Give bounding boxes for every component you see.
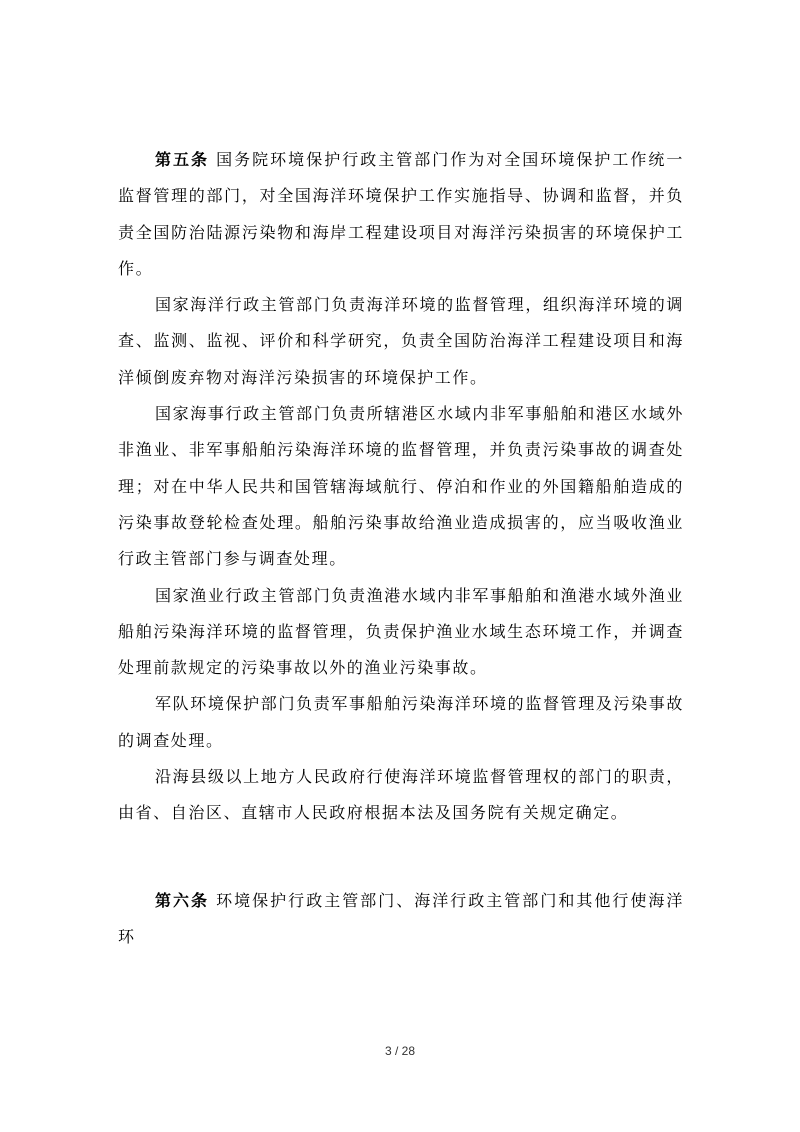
article-title: 第六条 bbox=[155, 891, 209, 910]
article-5-paragraph-4: 国家渔业行政主管部门负责渔港水域内非军事船舶和渔港水域外渔业船舶污染海洋环境的监… bbox=[118, 578, 684, 687]
paragraph-text: 国务院环境保护行政主管部门作为对全国环境保护工作统一监督管理的部门，对全国海洋环… bbox=[118, 150, 684, 278]
document-page: 第五条 国务院环境保护行政主管部门作为对全国环境保护工作统一监督管理的部门，对全… bbox=[0, 0, 800, 1132]
article-title: 第五条 bbox=[155, 150, 209, 169]
article-6-paragraph-1: 第六条 环境保护行政主管部门、海洋行政主管部门和其他行使海洋环 bbox=[118, 883, 684, 956]
article-5-paragraph-6: 沿海县级以上地方人民政府行使海洋环境监督管理权的部门的职责，由省、自治区、直辖市… bbox=[118, 759, 684, 832]
article-5-paragraph-5: 军队环境保护部门负责军事船舶污染海洋环境的监督管理及污染事故的调查处理。 bbox=[118, 686, 684, 759]
article-5-paragraph-2: 国家海洋行政主管部门负责海洋环境的监督管理，组织海洋环境的调查、监测、监视、评价… bbox=[118, 287, 684, 396]
page-indicator: 3 / 28 bbox=[0, 1044, 800, 1058]
article-5-paragraph-3: 国家海事行政主管部门负责所辖港区水域内非军事船舶和港区水域外非渔业、非军事船舶污… bbox=[118, 396, 684, 577]
article-spacer bbox=[118, 832, 684, 883]
page-content: 第五条 国务院环境保护行政主管部门作为对全国环境保护工作统一监督管理的部门，对全… bbox=[118, 142, 684, 955]
article-5-paragraph-1: 第五条 国务院环境保护行政主管部门作为对全国环境保护工作统一监督管理的部门，对全… bbox=[118, 142, 684, 287]
